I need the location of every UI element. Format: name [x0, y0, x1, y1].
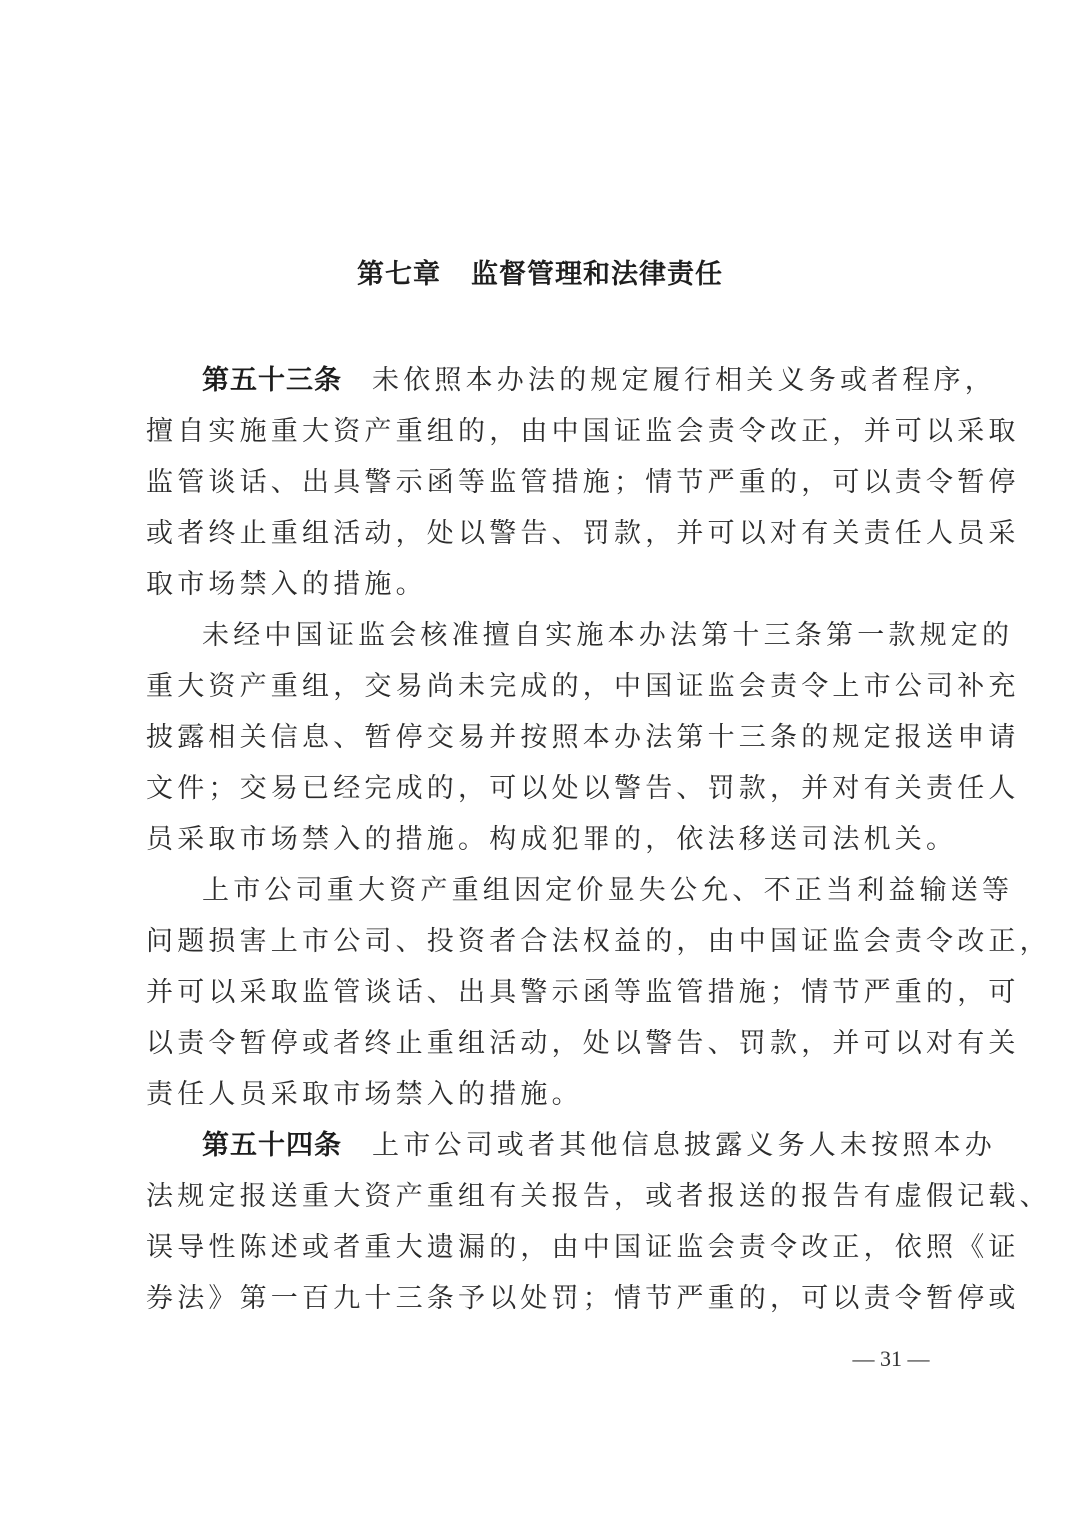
text-line: 法规定报送重大资产重组有关报告，或者报送的报告有虚假记载、 — [146, 1171, 946, 1222]
text-line: 并可以采取监管谈话、出具警示函等监管措施；情节严重的，可 — [146, 967, 946, 1018]
line-text: 未依照本办法的规定履行相关义务或者程序， — [372, 365, 996, 396]
text-line: 上市公司重大资产重组因定价显失公允、不正当利益输送等 — [146, 865, 946, 916]
paragraph-unfair-pricing: 上市公司重大资产重组因定价显失公允、不正当利益输送等 问题损害上市公司、投资者合… — [146, 865, 946, 1120]
chapter-title: 监督管理和法律责任 — [471, 259, 723, 290]
text-line: 未经中国证监会核准擅自实施本办法第十三条第一款规定的 — [146, 610, 946, 661]
text-line: 券法》第一百九十三条予以处罚；情节严重的，可以责令暂停或 — [146, 1273, 946, 1324]
text-line: 披露相关信息、暂停交易并按照本办法第十三条的规定报送申请 — [146, 712, 946, 763]
paragraph-unauthorized-restructuring: 未经中国证监会核准擅自实施本办法第十三条第一款规定的 重大资产重组，交易尚未完成… — [146, 610, 946, 865]
text-line: 文件；交易已经完成的，可以处以警告、罚款，并对有关责任人 — [146, 763, 946, 814]
text-line: 误导性陈述或者重大遗漏的，由中国证监会责令改正，依照《证 — [146, 1222, 946, 1273]
text-line: 重大资产重组，交易尚未完成的，中国证监会责令上市公司补充 — [146, 661, 946, 712]
text-line: 或者终止重组活动，处以警告、罚款，并可以对有关责任人员采 — [146, 508, 946, 559]
paragraph-article-54: 第五十四条上市公司或者其他信息披露义务人未按照本办 法规定报送重大资产重组有关报… — [146, 1120, 946, 1324]
document-page: 第七章监督管理和法律责任 第五十三条未依照本办法的规定履行相关义务或者程序， 擅… — [0, 0, 1080, 1527]
article-number: 第五十四条 — [202, 1130, 342, 1161]
text-line: 问题损害上市公司、投资者合法权益的，由中国证监会责令改正， — [146, 916, 946, 967]
line-text: 上市公司或者其他信息披露义务人未按照本办 — [372, 1130, 996, 1161]
article-number: 第五十三条 — [202, 365, 342, 396]
text-line: 以责令暂停或者终止重组活动，处以警告、罚款，并可以对有关 — [146, 1018, 946, 1069]
document-body: 第五十三条未依照本办法的规定履行相关义务或者程序， 擅自实施重大资产重组的，由中… — [146, 355, 946, 1324]
chapter-heading: 第七章监督管理和法律责任 — [0, 252, 1080, 291]
text-line: 第五十四条上市公司或者其他信息披露义务人未按照本办 — [146, 1120, 946, 1171]
chapter-number: 第七章 — [357, 259, 441, 290]
text-line: 第五十三条未依照本办法的规定履行相关义务或者程序， — [146, 355, 946, 406]
text-line: 员采取市场禁入的措施。构成犯罪的，依法移送司法机关。 — [146, 814, 946, 865]
text-line: 取市场禁入的措施。 — [146, 559, 946, 610]
paragraph-article-53: 第五十三条未依照本办法的规定履行相关义务或者程序， 擅自实施重大资产重组的，由中… — [146, 355, 946, 610]
text-line: 监管谈话、出具警示函等监管措施；情节严重的，可以责令暂停 — [146, 457, 946, 508]
text-line: 擅自实施重大资产重组的，由中国证监会责令改正，并可以采取 — [146, 406, 946, 457]
page-number: — 31 — — [836, 1346, 946, 1372]
text-line: 责任人员采取市场禁入的措施。 — [146, 1069, 946, 1120]
